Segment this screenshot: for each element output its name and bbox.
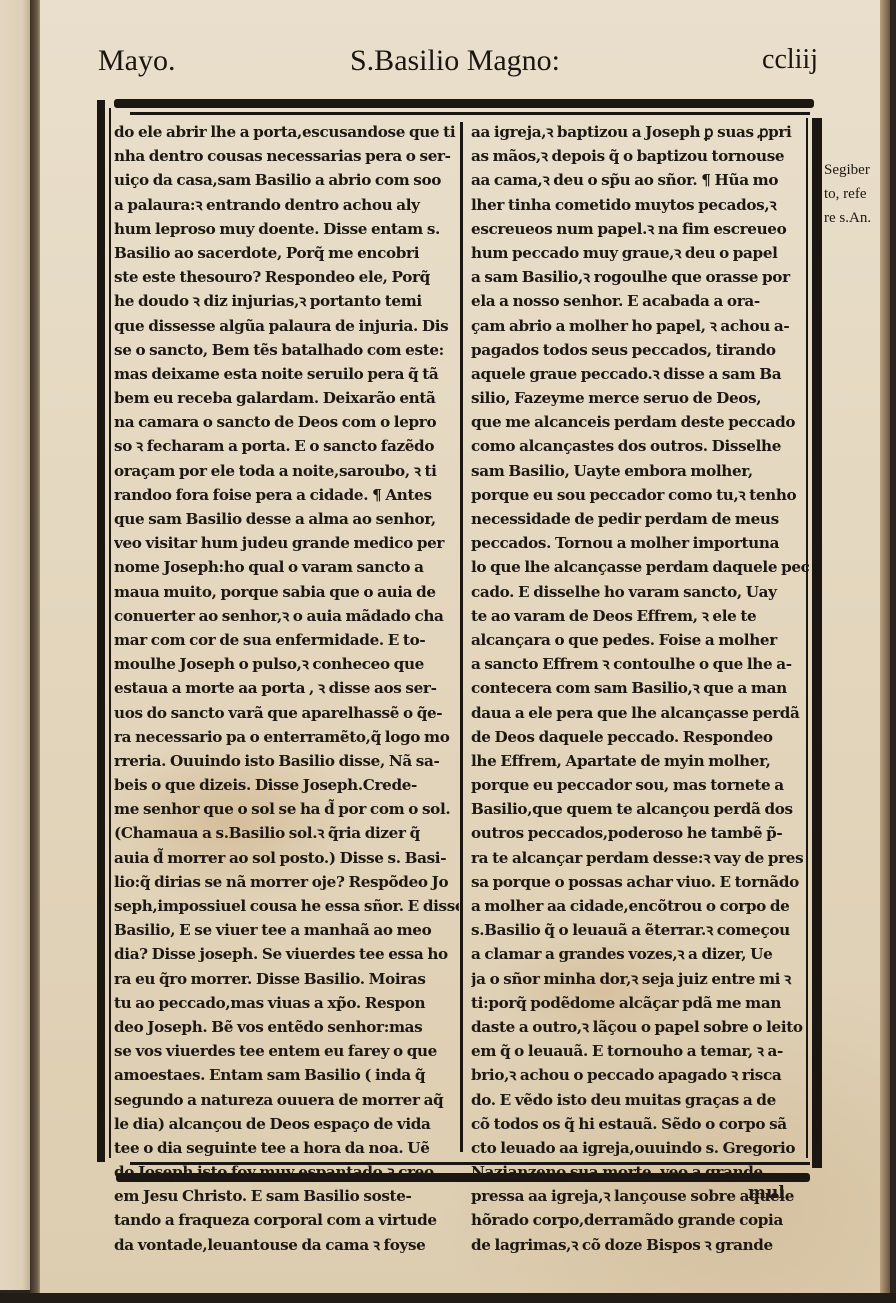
text-line: do. E vẽdo isto deu muitas graças a de [471, 1088, 816, 1112]
text-line: Basilio,que quem te alcançou perdã dos [471, 797, 816, 821]
text-line: nome Joseph:ho qual o varam sancto a [114, 555, 459, 579]
text-line: como alcançastes dos outros. Disselhe [471, 434, 816, 458]
text-line: amoestaes. Entam sam Basilio ( inda q̃ [114, 1063, 459, 1087]
text-line: maua muito, porque sabia que o auia de [114, 580, 459, 604]
text-line: as mãos,ꝛ depois q̃ o baptizou tornouse [471, 144, 816, 168]
text-line: sam Basilio, Uayte embora molher, [471, 459, 816, 483]
margin-line: to, refe [824, 184, 880, 208]
text-line: lio:q̃ dirias se nã morrer oje? Respõdeo… [114, 870, 459, 894]
text-line: lhe Effrem, Apartate de myin molher, [471, 749, 816, 773]
text-line: seph,impossiuel cousa he essa sñor. E di… [114, 894, 459, 918]
text-line: ra necessario pa o enterramẽto,q̃ logo m… [114, 725, 459, 749]
text-line: de lagrimas,ꝛ cõ doze Bispos ꝛ grande [471, 1233, 816, 1257]
text-line: a molher aa cidade,encõtrou o corpo de [471, 894, 816, 918]
text-line: aa igreja,ꝛ baptizou a Joseph ꝑ suas ꝓpr… [471, 120, 816, 144]
text-line: çam abrio a molher ho papel, ꝛ achou a- [471, 314, 816, 338]
text-line: se vos viuerdes tee entem eu farey o que [114, 1039, 459, 1063]
text-column-left: do ele abrir lhe a porta,escusandose que… [114, 120, 459, 1257]
text-line: bem eu receba galardam. Deixarão entã [114, 386, 459, 410]
text-line: lo que lhe alcançasse perdam daquele pec [471, 555, 816, 579]
header-title: S.Basilio Magno: [350, 44, 560, 78]
text-line: hõrado corpo,derramãdo grande copia [471, 1208, 816, 1232]
text-line: porque eu peccador sou, mas tornete a [471, 773, 816, 797]
text-line: escreueos num papel.ꝛ na fim escreueo [471, 217, 816, 241]
text-line: brio,ꝛ achou o peccado apagado ꝛ risca [471, 1063, 816, 1087]
text-line: de Deos daquele peccado. Respondeo [471, 725, 816, 749]
text-line: daua a ele pera que lhe alcançasse perdã [471, 701, 816, 725]
text-line: randoo fora foise pera a cidade. ¶ Antes [114, 483, 459, 507]
text-line: cõ todos os q̃ hi estauã. Sẽdo o corpo s… [471, 1112, 816, 1136]
text-line: peccados. Tornou a molher importuna [471, 531, 816, 555]
text-line: lher tinha cometido muytos pecados,ꝛ [471, 193, 816, 217]
text-line: ti:porq̃ podẽdome alcãçar pdã me man [471, 991, 816, 1015]
left-border-rule [97, 100, 105, 1162]
text-line: cto leuado aa igreja,ouuindo s. Gregorio [471, 1136, 816, 1160]
text-line: alcançara o que pedes. Foise a molher [471, 628, 816, 652]
text-line: tee o dia seguinte tee a hora da noa. Uẽ [114, 1136, 459, 1160]
text-line: contecera com sam Basilio,ꝛ que a man [471, 676, 816, 700]
text-line: necessidade de pedir perdam de meus [471, 507, 816, 531]
text-line: he doudo ꝛ diz injurias,ꝛ portanto temi [114, 289, 459, 313]
top-border-rule [114, 99, 814, 108]
text-line: me senhor que o sol se ha d̃ por com o s… [114, 797, 459, 821]
margin-line: Segiber [824, 160, 880, 184]
text-line: Nazianzeno sua morte, veo a grande [471, 1160, 816, 1184]
page-right-edge [880, 0, 890, 1303]
text-line: ste este thesouro? Respondeo ele, Porq̃ [114, 265, 459, 289]
page-bottom-shadow [0, 1293, 896, 1303]
text-line: (Chamaua a s.Basilio sol.ꝛ q̃ria dizer q… [114, 821, 459, 845]
text-line: em Jesu Christo. E sam Basilio soste- [114, 1184, 459, 1208]
text-line: ja o sñor minha dor,ꝛ seja juiz entre mi… [471, 967, 816, 991]
left-border-rule-thin [109, 108, 111, 1158]
text-line: tando a fraqueza corporal com a virtude [114, 1208, 459, 1232]
text-line: a palaura:ꝛ entrando dentro achou aly [114, 193, 459, 217]
text-line: uos do sancto varã que aparelhassẽ o q̃e… [114, 701, 459, 725]
text-line: ra eu q̃ro morrer. Disse Basilio. Moiras [114, 967, 459, 991]
text-line: do Joseph isto foy muy espantado,ꝛ creo [114, 1160, 459, 1184]
header-month: Mayo. [98, 44, 176, 78]
text-line: uiço da casa,sam Basilio a abrio com soo [114, 168, 459, 192]
text-line: Basilio, E se viuer tee a manhaã ao meo [114, 918, 459, 942]
text-line: auia d̃ morrer ao sol posto.) Disse s. B… [114, 846, 459, 870]
text-line: conuerter ao senhor,ꝛ o auia mãdado cha [114, 604, 459, 628]
margin-line: re s.An. [824, 208, 880, 232]
text-line: aquele graue peccado.ꝛ disse a sam Ba [471, 362, 816, 386]
text-line: que dissesse algũa palaura de injuria. D… [114, 314, 459, 338]
text-line: sa porque o possas achar viuo. E tornãdo [471, 870, 816, 894]
running-header: Mayo. S.Basilio Magno: ccliij [98, 44, 818, 84]
text-line: mar com cor de sua enfermidade. E to- [114, 628, 459, 652]
text-line: mas deixame esta noite seruilo pera q̃ t… [114, 362, 459, 386]
text-line: da vontade,leuantouse da cama ꝛ foyse [114, 1233, 459, 1257]
text-line: segundo a natureza ouuera de morrer aq̃ [114, 1088, 459, 1112]
column-divider [460, 122, 463, 1152]
text-line: na camara o sancto de Deos com o lepro [114, 410, 459, 434]
adjacent-page-edge [0, 0, 32, 1290]
text-line: cado. E disselhe ho varam sancto, Uay [471, 580, 816, 604]
text-line: nha dentro cousas necessarias pera o ser… [114, 144, 459, 168]
text-line: porque eu sou peccador como tu,ꝛ tenho [471, 483, 816, 507]
text-line: moulhe Joseph o pulso,ꝛ conheceo que [114, 652, 459, 676]
text-line: deo Joseph. Bẽ vos entẽdo senhor:mas [114, 1015, 459, 1039]
text-line: a sancto Effrem ꝛ contoulhe o que lhe a- [471, 652, 816, 676]
text-line: estaua a morte aa porta , ꝛ disse aos se… [114, 676, 459, 700]
text-line: em q̃ o leuauã. E tornouho a temar, ꝛ a- [471, 1039, 816, 1063]
text-line: hum peccado muy graue,ꝛ deu o papel [471, 241, 816, 265]
text-line: a clamar a grandes vozes,ꝛ a dizer, Ue [471, 942, 816, 966]
text-line: aa cama,ꝛ deu o sp̃u ao sñor. ¶ Hũa mo [471, 168, 816, 192]
text-line: ra te alcançar perdam desse:ꝛ vay de pre… [471, 846, 816, 870]
text-line: le dia) alcançou de Deos espaço de vida [114, 1112, 459, 1136]
text-line: ela a nosso senhor. E acabada a ora- [471, 289, 816, 313]
text-line: hum leproso muy doente. Disse entam s. [114, 217, 459, 241]
marginal-note: Segiber to, refe re s.An. [824, 160, 880, 233]
text-line: beis o que dizeis. Disse Joseph.Crede- [114, 773, 459, 797]
text-line: a sam Basilio,ꝛ rogoulhe que orasse por [471, 265, 816, 289]
text-line: Basilio ao sacerdote, Porq̃ me encobri [114, 241, 459, 265]
text-line: rreria. Ouuindo isto Basilio disse, Nã s… [114, 749, 459, 773]
text-line: silio, Fazeyme merce seruo de Deos, [471, 386, 816, 410]
text-line: pagados todos seus peccados, tirando [471, 338, 816, 362]
top-border-rule-thin [130, 112, 810, 115]
text-line: so ꝛ fecharam a porta. E o sancto fazẽdo [114, 434, 459, 458]
text-line: dia? Disse joseph. Se viuerdes tee essa … [114, 942, 459, 966]
text-line: oraçam por ele toda a noite,saroubo, ꝛ t… [114, 459, 459, 483]
text-line: do ele abrir lhe a porta,escusandose que… [114, 120, 459, 144]
text-line: s.Basilio q̃ o leuauã a ẽterrar.ꝛ começo… [471, 918, 816, 942]
text-line: te ao varam de Deos Effrem, ꝛ ele te [471, 604, 816, 628]
folio-number: ccliij [762, 44, 818, 76]
text-line: tu ao peccado,mas viuas a xp̃o. Respon [114, 991, 459, 1015]
text-line: daste a outro,ꝛ lãçou o papel sobre o le… [471, 1015, 816, 1039]
text-line: se o sancto, Bem tẽs batalhado com este: [114, 338, 459, 362]
catchword: mul [748, 1183, 785, 1203]
text-line: veo visitar hum judeu grande medico per [114, 531, 459, 555]
text-column-right: aa igreja,ꝛ baptizou a Joseph ꝑ suas ꝓpr… [471, 120, 816, 1257]
text-line: que sam Basilio desse a alma ao senhor, [114, 507, 459, 531]
text-line: que me alcanceis perdam deste peccado [471, 410, 816, 434]
text-line: outros peccados,poderoso he tambẽ p̃- [471, 821, 816, 845]
